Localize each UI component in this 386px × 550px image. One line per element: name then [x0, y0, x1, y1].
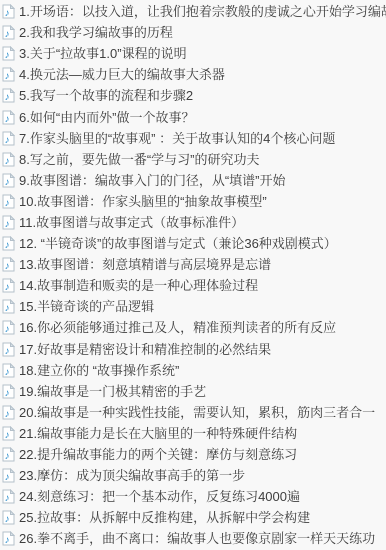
audio-file-icon: ♪	[2, 510, 15, 525]
list-item-label: 20.编故事是一种实践性技能，需要认知，累积，筋肉三者合一	[19, 402, 375, 423]
list-item[interactable]: ♪ 1.开场语：以技入道，让我们抱着宗教般的虔诚之心开始学习编故事	[0, 1, 386, 22]
music-note-icon: ♪	[5, 135, 10, 146]
list-item[interactable]: ♪ 22.提升编故事能力的两个关键：摩仿与刻意练习	[0, 444, 386, 465]
audio-file-icon: ♪	[2, 4, 15, 19]
list-item-label: 7.作家头脑里的“故事观” ：关于故事认知的4个核心问题	[19, 128, 335, 149]
list-item[interactable]: ♪ 15.半镜奇谈的产品逻辑	[0, 296, 386, 317]
list-item-label: 9.故事图谱：编故事入门的门径，从“填谱”开始	[19, 170, 286, 191]
list-item-label: 1.开场语：以技入道，让我们抱着宗教般的虔诚之心开始学习编故事	[19, 1, 386, 22]
list-item-label: 13.故事图谱：刻意填精谱与高层境界是忘谱	[19, 254, 271, 275]
music-note-icon: ♪	[5, 71, 10, 82]
list-item[interactable]: ♪ 24.刻意练习：把一个基本动作，反复练习4000遍	[0, 486, 386, 507]
music-note-icon: ♪	[5, 177, 10, 188]
list-item-label: 5.我写一个故事的流程和步骤2	[19, 85, 193, 106]
list-item[interactable]: ♪ 16.你必须能够通过推己及人，精准预判读者的所有反应	[0, 317, 386, 338]
list-item[interactable]: ♪ 7.作家头脑里的“故事观” ：关于故事认知的4个核心问题	[0, 128, 386, 149]
audio-file-icon: ♪	[2, 489, 15, 504]
audio-file-icon: ♪	[2, 25, 15, 40]
list-item-label: 8.写之前，要先做一番“学与习”的研究功夫	[19, 149, 260, 170]
audio-file-icon: ♪	[2, 257, 15, 272]
audio-file-icon: ♪	[2, 67, 15, 82]
list-item[interactable]: ♪ 17.好故事是精密设计和精准控制的必然结果	[0, 339, 386, 360]
music-note-icon: ♪	[5, 29, 10, 40]
list-item-label: 3.关于“拉故事1.0”课程的说明	[19, 43, 187, 64]
audio-file-icon: ♪	[2, 342, 15, 357]
list-item-label: 19.编故事是一门极其精密的手艺	[19, 381, 206, 402]
music-note-icon: ♪	[5, 346, 10, 357]
music-note-icon: ♪	[5, 261, 10, 272]
audio-file-icon: ♪	[2, 194, 15, 209]
list-item-label: 26.拳不离手，曲不离口：编故事人也要像京剧家一样天天练功	[19, 528, 375, 549]
list-item[interactable]: ♪ 18.建立你的 “故事操作系统”	[0, 360, 386, 381]
list-item[interactable]: ♪ 5.我写一个故事的流程和步骤2	[0, 85, 386, 106]
music-note-icon: ♪	[5, 282, 10, 293]
list-item[interactable]: ♪ 8.写之前，要先做一番“学与习”的研究功夫	[0, 149, 386, 170]
list-item[interactable]: ♪ 3.关于“拉故事1.0”课程的说明	[0, 43, 386, 64]
list-item[interactable]: ♪ 13.故事图谱：刻意填精谱与高层境界是忘谱	[0, 254, 386, 275]
audio-file-icon: ♪	[2, 215, 15, 230]
list-item[interactable]: ♪ 26.拳不离手，曲不离口：编故事人也要像京剧家一样天天练功	[0, 528, 386, 549]
list-item[interactable]: ♪ 11.故事图谱与故事定式（故事标准件）	[0, 212, 386, 233]
list-item[interactable]: ♪ 19.编故事是一门极其精密的手艺	[0, 381, 386, 402]
list-item-label: 4.换元法—威力巨大的编故事大杀器	[19, 64, 225, 85]
list-item-label: 23.摩仿：成为顶尖编故事高手的第一步	[19, 465, 245, 486]
list-item-label: 2.我和我学习编故事的历程	[19, 22, 173, 43]
list-item-label: 17.好故事是精密设计和精准控制的必然结果	[19, 339, 271, 360]
audio-file-icon: ♪	[2, 110, 15, 125]
list-item-label: 15.半镜奇谈的产品逻辑	[19, 296, 154, 317]
audio-file-icon: ♪	[2, 236, 15, 251]
audio-file-icon: ♪	[2, 447, 15, 462]
music-note-icon: ♪	[5, 303, 10, 314]
list-item-label: 25.拉故事：从拆解中反推构建，从拆解中学会构建	[19, 507, 310, 528]
list-item-label: 22.提升编故事能力的两个关键：摩仿与刻意练习	[19, 444, 297, 465]
audio-file-icon: ♪	[2, 405, 15, 420]
audio-file-icon: ♪	[2, 46, 15, 61]
music-note-icon: ♪	[5, 114, 10, 125]
music-note-icon: ♪	[5, 409, 10, 420]
music-note-icon: ♪	[5, 535, 10, 546]
music-note-icon: ♪	[5, 472, 10, 483]
music-note-icon: ♪	[5, 493, 10, 504]
audio-file-icon: ♪	[2, 173, 15, 188]
music-note-icon: ♪	[5, 451, 10, 462]
music-note-icon: ♪	[5, 367, 10, 378]
audio-file-icon: ♪	[2, 131, 15, 146]
music-note-icon: ♪	[5, 50, 10, 61]
audio-file-icon: ♪	[2, 531, 15, 546]
music-note-icon: ♪	[5, 430, 10, 441]
list-item[interactable]: ♪ 21.编故事能力是长在大脑里的一种特殊硬件结构	[0, 423, 386, 444]
list-item[interactable]: ♪ 6.如何“由内而外”做一个故事？	[0, 106, 386, 127]
music-note-icon: ♪	[5, 219, 10, 230]
audio-file-icon: ♪	[2, 384, 15, 399]
audio-file-icon: ♪	[2, 152, 15, 167]
list-item[interactable]: ♪ 4.换元法—威力巨大的编故事大杀器	[0, 64, 386, 85]
list-item-label: 12. “半镜奇谈”的故事图谱与定式（兼论36种戏剧模式）	[19, 233, 337, 254]
list-item-label: 16.你必须能够通过推己及人，精准预判读者的所有反应	[19, 317, 336, 338]
list-item-label: 14.故事制造和贩卖的是一种心理体验过程	[19, 275, 258, 296]
audio-file-icon: ♪	[2, 88, 15, 103]
list-item-label: 10.故事图谱：作家头脑里的“抽象故事模型”	[19, 191, 267, 212]
audio-file-icon: ♪	[2, 426, 15, 441]
music-note-icon: ♪	[5, 8, 10, 19]
audio-file-icon: ♪	[2, 468, 15, 483]
audio-file-icon: ♪	[2, 278, 15, 293]
list-item[interactable]: ♪ 10.故事图谱：作家头脑里的“抽象故事模型”	[0, 191, 386, 212]
music-note-icon: ♪	[5, 388, 10, 399]
music-note-icon: ♪	[5, 240, 10, 251]
list-item-label: 6.如何“由内而外”做一个故事？	[19, 107, 195, 128]
music-note-icon: ♪	[5, 92, 10, 103]
list-item[interactable]: ♪ 2.我和我学习编故事的历程	[0, 22, 386, 43]
list-item[interactable]: ♪ 9.故事图谱：编故事入门的门径，从“填谱”开始	[0, 170, 386, 191]
list-item[interactable]: ♪ 14.故事制造和贩卖的是一种心理体验过程	[0, 275, 386, 296]
list-item[interactable]: ♪ 25.拉故事：从拆解中反推构建，从拆解中学会构建	[0, 507, 386, 528]
list-item[interactable]: ♪ 20.编故事是一种实践性技能，需要认知，累积，筋肉三者合一	[0, 402, 386, 423]
episode-list: ♪ 1.开场语：以技入道，让我们抱着宗教般的虔诚之心开始学习编故事 ♪ 2.我和…	[0, 0, 386, 550]
music-note-icon: ♪	[5, 514, 10, 525]
list-item-label: 11.故事图谱与故事定式（故事标准件）	[19, 212, 244, 233]
list-item[interactable]: ♪ 12. “半镜奇谈”的故事图谱与定式（兼论36种戏剧模式）	[0, 233, 386, 254]
audio-file-icon: ♪	[2, 299, 15, 314]
music-note-icon: ♪	[5, 324, 10, 335]
list-item-label: 24.刻意练习：把一个基本动作，反复练习4000遍	[19, 486, 300, 507]
audio-file-icon: ♪	[2, 320, 15, 335]
music-note-icon: ♪	[5, 156, 10, 167]
list-item-label: 21.编故事能力是长在大脑里的一种特殊硬件结构	[19, 423, 297, 444]
audio-file-icon: ♪	[2, 363, 15, 378]
music-note-icon: ♪	[5, 198, 10, 209]
list-item-label: 18.建立你的 “故事操作系统”	[19, 360, 179, 381]
list-item[interactable]: ♪ 23.摩仿：成为顶尖编故事高手的第一步	[0, 465, 386, 486]
